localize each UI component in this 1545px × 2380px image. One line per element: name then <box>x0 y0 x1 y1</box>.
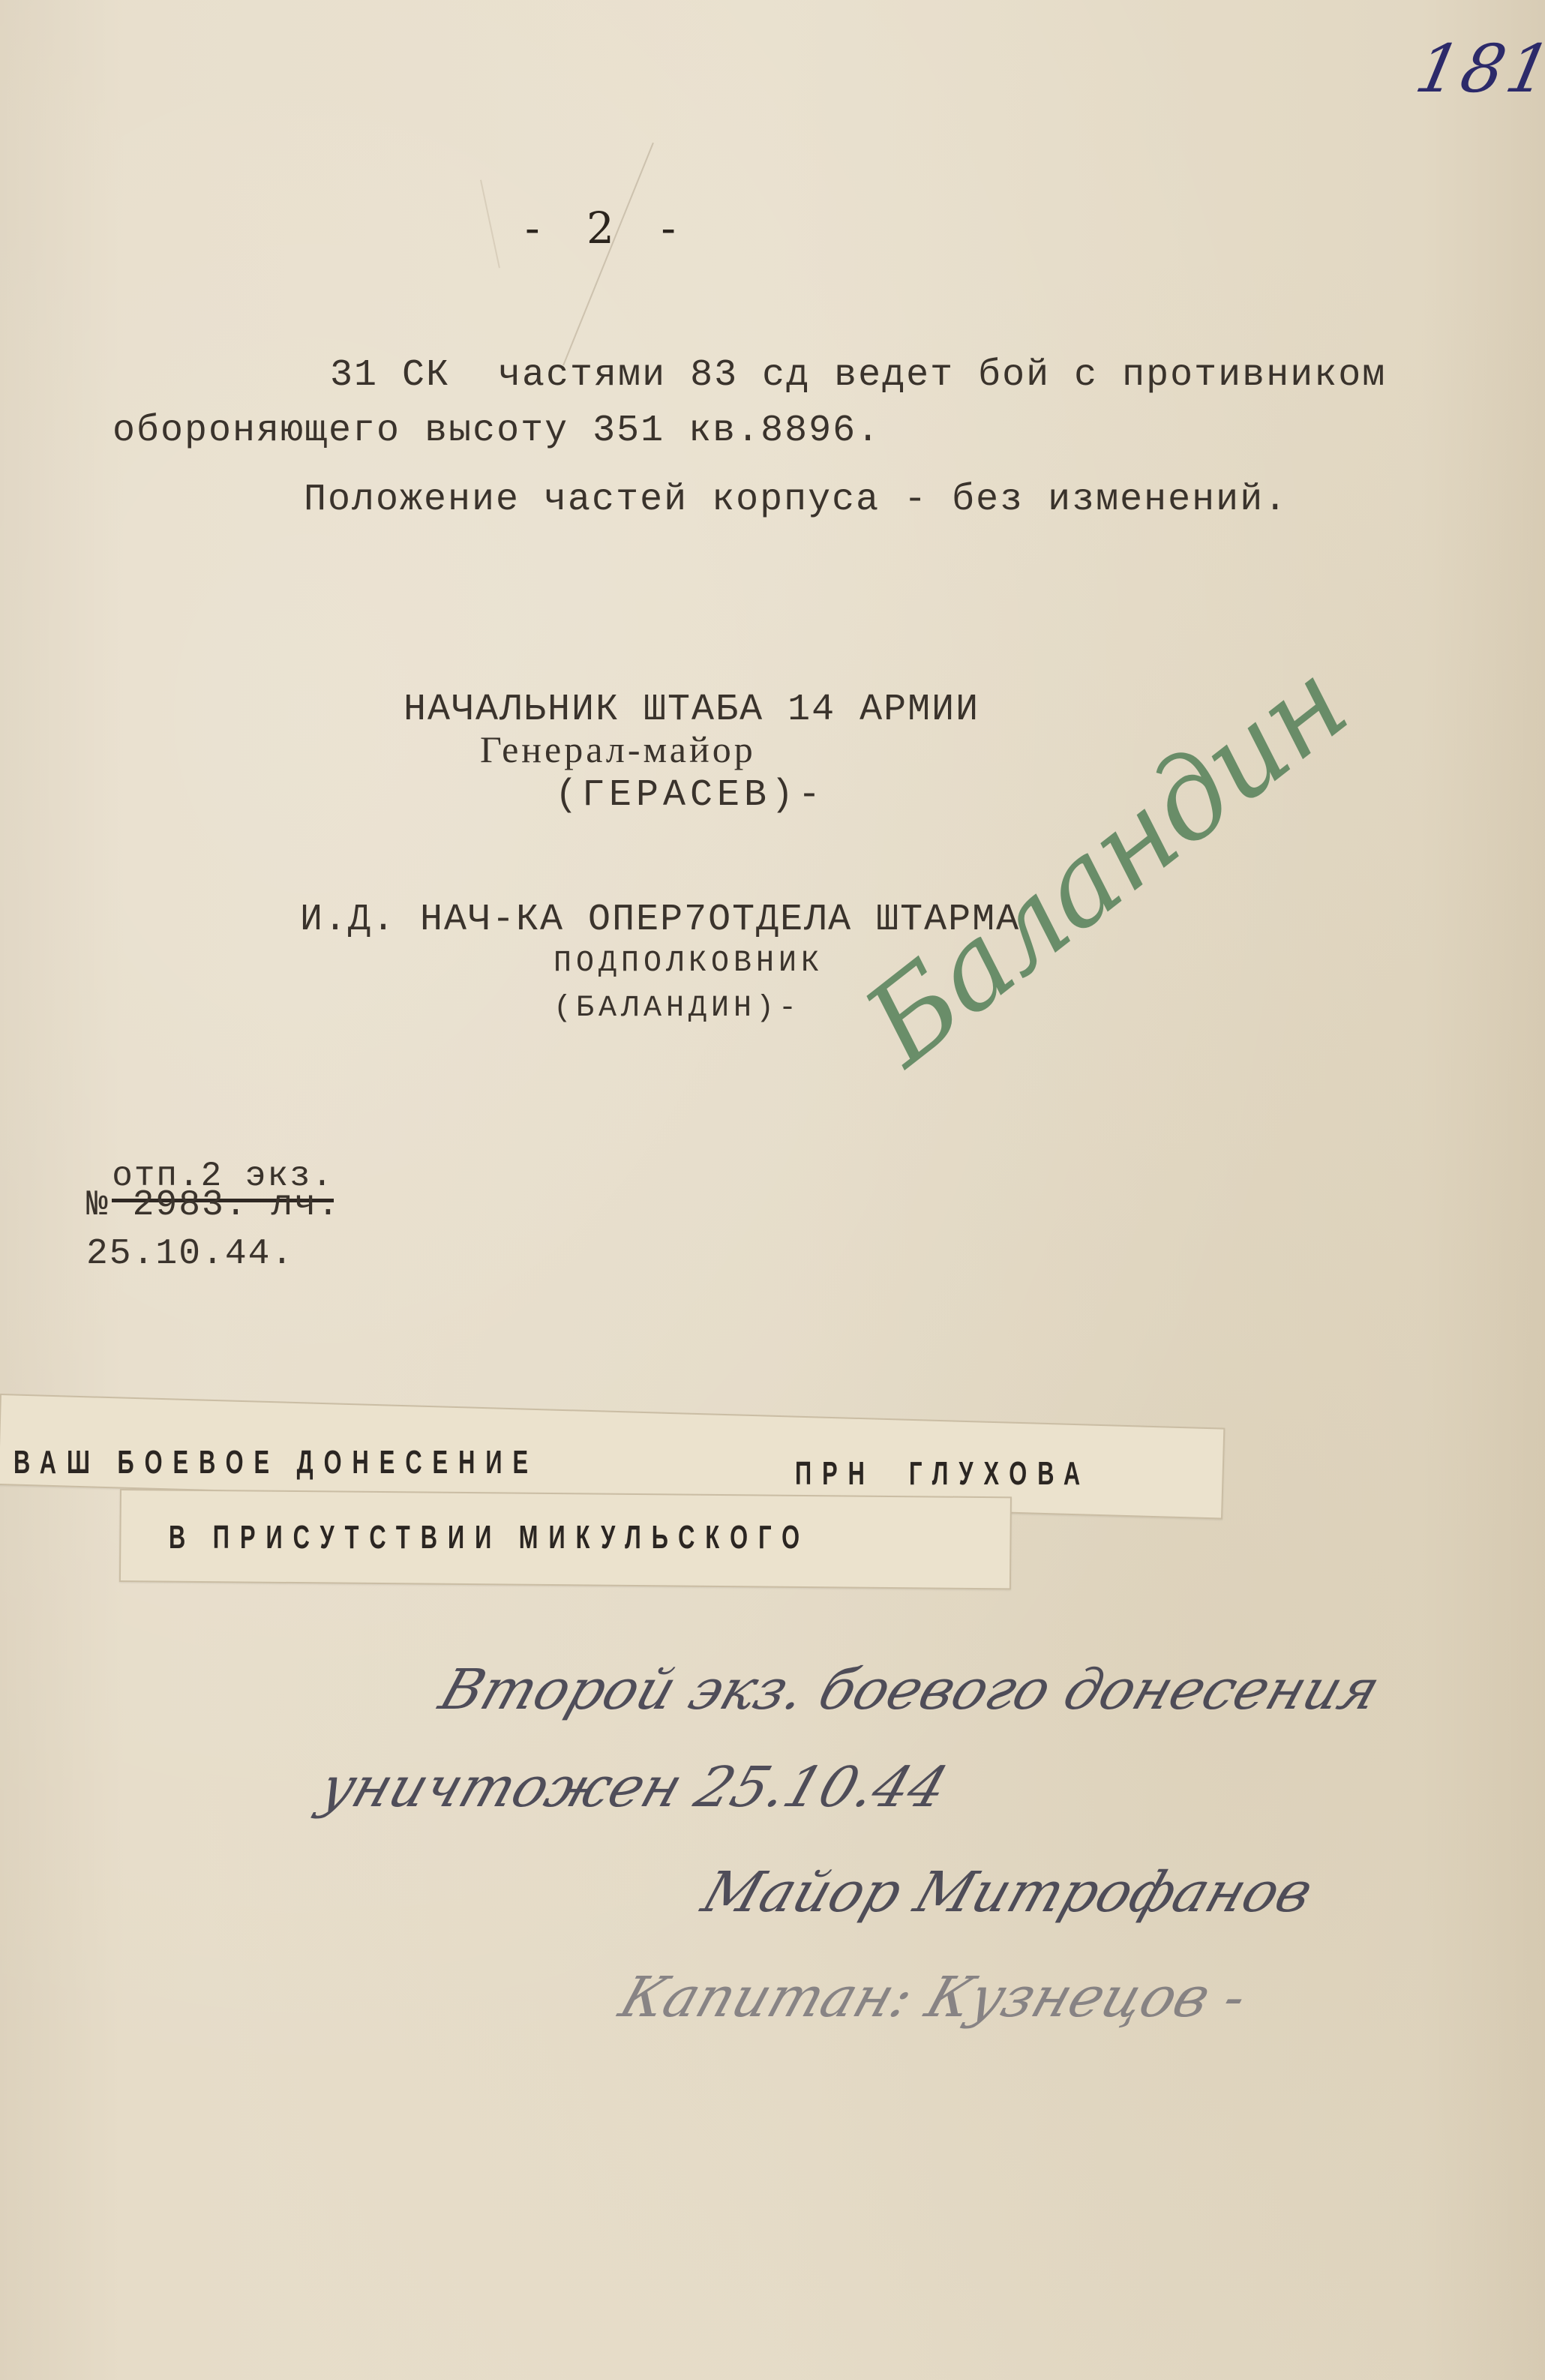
body-line-1: 31 СК частями 83 сд ведет бой с противни… <box>330 354 1386 397</box>
handwritten-note-line-1: Второй экз. боевого донесения <box>432 1658 1387 1722</box>
page-marker: - 2 - <box>525 203 692 254</box>
chief-of-staff-rank: Генерал-майор <box>480 728 756 771</box>
paper-crease <box>562 143 654 365</box>
ops-head-rank: ПОДПОЛКОВНИК <box>553 947 823 980</box>
teletype-line-1a: ВАШ БОЕВОЕ ДОНЕСЕНИЕ <box>13 1444 538 1481</box>
handwritten-note-line-3: Майор Митрофанов <box>694 1860 1321 1925</box>
document-number: № 2983. лч. <box>86 1185 340 1226</box>
handwritten-note-line-4: Капитан: Кузнецов - <box>612 1965 1255 2030</box>
body-line-3: Положение частей корпуса - без изменений… <box>304 479 1288 521</box>
teletype-line-2: В ПРИСУТСТВИИ МИКУЛЬСКОГО <box>169 1519 810 1556</box>
body-line-2: обороняющего высоту 351 кв.8896. <box>112 410 880 452</box>
chief-of-staff-name: (ГЕРАСЕВ)- <box>555 774 825 817</box>
ops-head-name: (БАЛАНДИН)- <box>553 992 801 1025</box>
chief-of-staff-title: НАЧАЛЬНИК ШТАБА 14 АРМИИ <box>403 689 979 731</box>
copies-note: отп.2 экз. <box>67 1118 334 1196</box>
paper-crease <box>480 180 500 269</box>
document-date: 25.10.44. <box>86 1234 294 1274</box>
handwritten-note-line-2: уничтожен 25.10.44 <box>312 1755 955 1820</box>
archive-page-number: 181 <box>1409 30 1545 107</box>
teletype-line-1b: ПРН ГЛУХОВА <box>795 1455 1090 1493</box>
